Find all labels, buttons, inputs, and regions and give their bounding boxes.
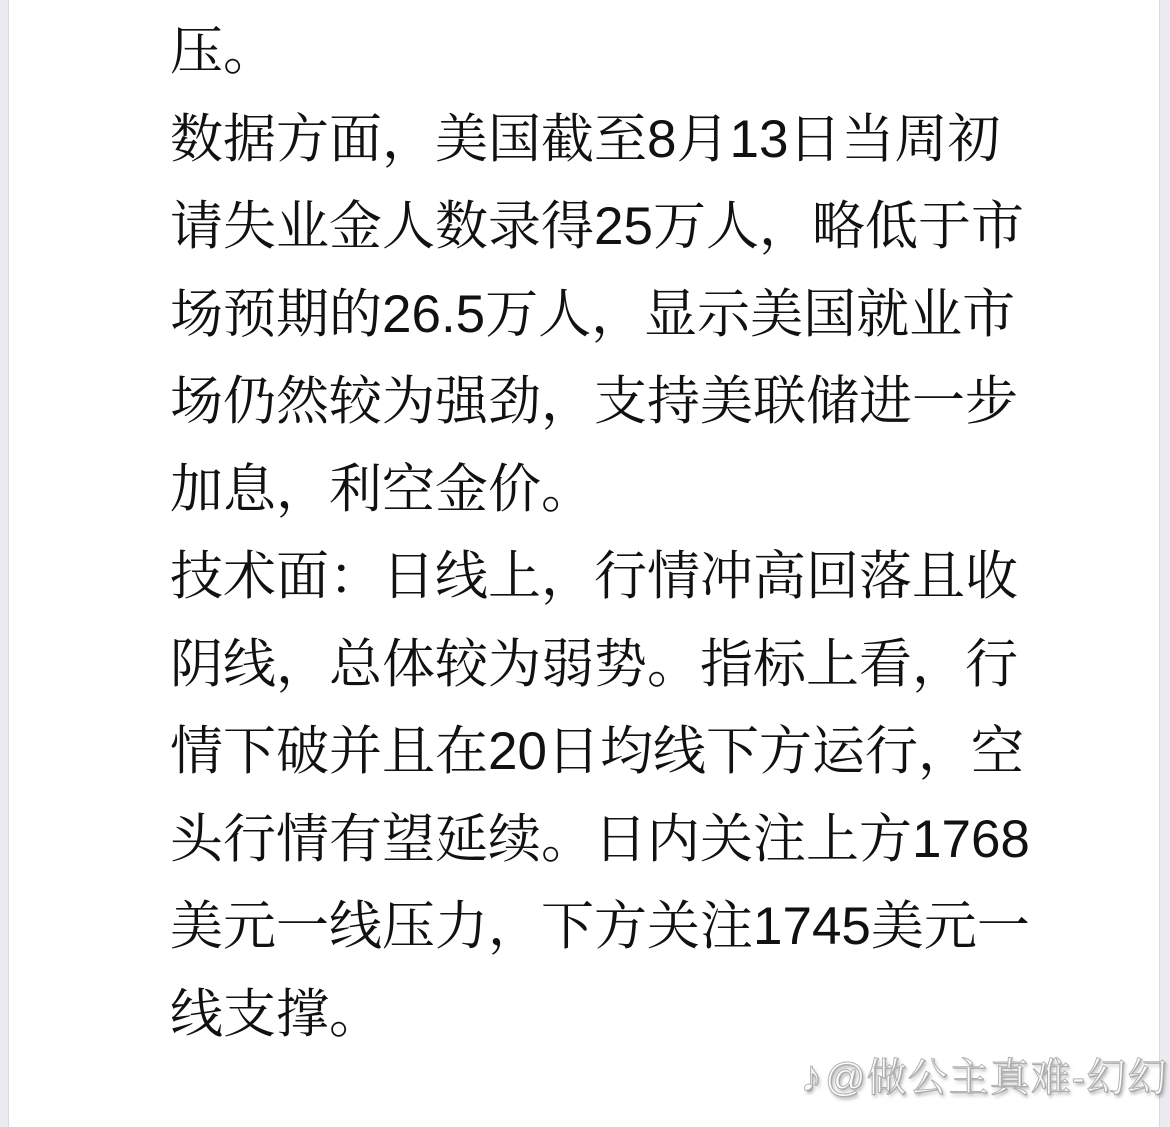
article-text-line: 阴线，总体较为弱势。指标上看，行 (170, 621, 1030, 709)
article-text-line: 情下破并且在20日均线下方运行，空 (170, 708, 1030, 796)
article-text-line: 数据方面，美国截至8月13日当周初 (170, 96, 1030, 184)
article-text-line: 美元一线压力，下方关注1745美元一 (170, 883, 1030, 971)
article-text-line: 线支撑。 (170, 971, 1030, 1059)
article-text-line: 场仍然较为强劲，支持美联储进一步 (170, 358, 1030, 446)
article-text-line: 请失业金人数录得25万人，略低于市 (170, 183, 1030, 271)
music-note-icon: ♪ (800, 1052, 823, 1101)
left-page-edge (0, 0, 9, 1127)
article-text-line: 技术面：日线上，行情冲高回落且收 (170, 533, 1030, 621)
article-page: 压。 数据方面，美国截至8月13日当周初 请失业金人数录得25万人，略低于市 场… (0, 0, 1170, 1127)
watermark-username: @做公主真难-幻幻 (825, 1056, 1168, 1100)
article-text-line: 场预期的26.5万人，显示美国就业市 (170, 271, 1030, 359)
article-text: 压。 数据方面，美国截至8月13日当周初 请失业金人数录得25万人，略低于市 场… (170, 8, 1030, 1058)
article-text-line: 头行情有望延续。日内关注上方1768 (170, 796, 1030, 884)
article-text-line: 压。 (170, 8, 1030, 96)
douyin-watermark: ♪@做公主真难-幻幻 (800, 1046, 1168, 1103)
right-page-edge (1159, 0, 1170, 1127)
article-text-line: 加息，利空金价。 (170, 446, 1030, 534)
